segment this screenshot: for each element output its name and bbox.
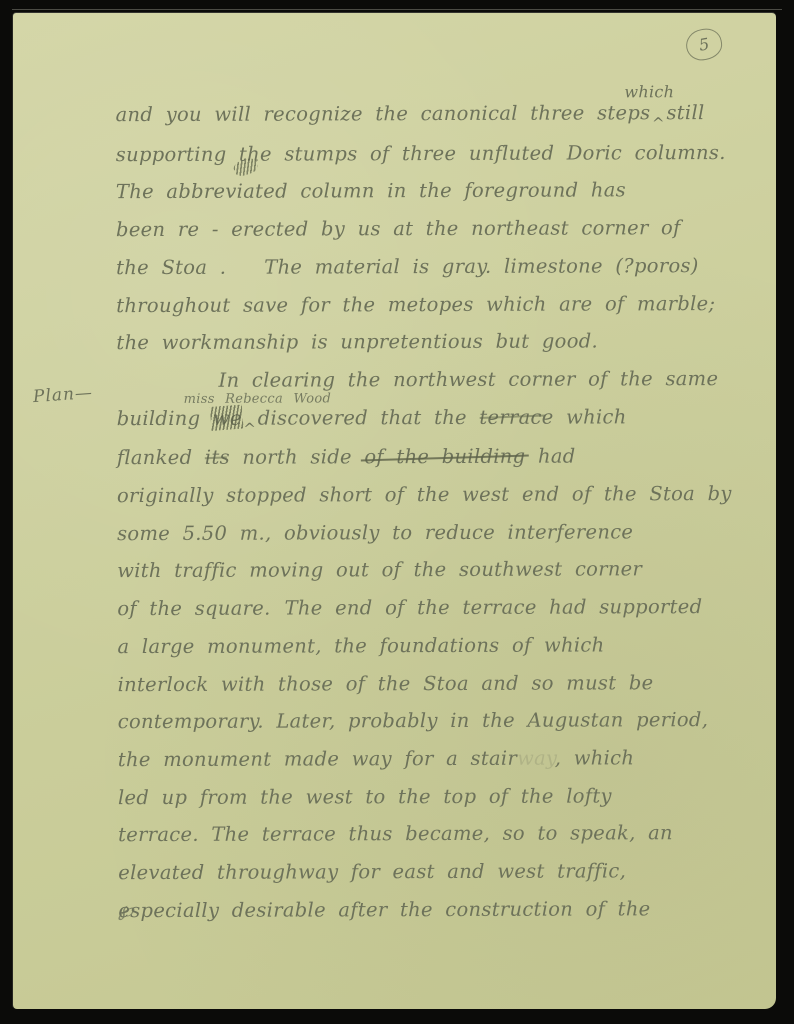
insertion-point: which^: [650, 94, 666, 134]
corrected-word: its: [205, 439, 230, 477]
text-segment: the monument made way for a stair: [118, 747, 517, 771]
line-19: led up from the west to the top of the l…: [118, 777, 767, 817]
line-14: of the square.The end of the terrace had…: [117, 588, 766, 628]
line-2: supporting the stumps of three unfluted …: [116, 134, 765, 174]
line-21: elevated throughway for east and west tr…: [118, 852, 767, 892]
text-segment: , which: [555, 746, 635, 769]
line-13: with traffic moving out of the southwest…: [117, 550, 766, 590]
text-segment: north side: [242, 446, 352, 469]
text-segment: the Stoa .: [116, 256, 226, 279]
line-11: originally stopped short of the west end…: [117, 475, 766, 515]
text-segment: of the square.: [117, 597, 270, 621]
page-number-circle: 5: [684, 26, 725, 63]
erased-word: way: [517, 747, 555, 770]
inserted-name: miss Rebecca Wood: [184, 380, 332, 418]
line-20: terrace. The terrace thus became, so to …: [118, 814, 767, 854]
text-segment: which: [566, 405, 627, 428]
line-7: the workmanship is unpretentious but goo…: [116, 322, 765, 362]
text-segment: flanked: [117, 446, 193, 469]
line-12: some 5.50 m., obviously to reduce interf…: [117, 513, 766, 553]
line-5: the Stoa .The material is gray. limeston…: [116, 247, 765, 287]
margin-note-plan: Plan—: [32, 383, 93, 407]
handwritten-text-block: and you will recognize the canonical thr…: [116, 94, 768, 930]
line-18: the monument made way for a stairway, wh…: [118, 739, 767, 779]
line-6: throughout save for the metopes which ar…: [116, 284, 765, 324]
insertion-point: miss Rebecca Wood^: [242, 399, 258, 439]
deleted-phrase: of the building: [364, 438, 525, 476]
text-segment: had: [538, 445, 576, 468]
corrected-word: terrace: [479, 398, 553, 436]
line-16: interlock with those of the Stoa and so …: [118, 663, 767, 703]
manuscript-page: 5 Plan— ℘ and you will recognize the can…: [13, 13, 776, 1009]
line-4: been re - erected by us at the northeast…: [116, 209, 765, 249]
text-segment: The end of the terrace had supported: [285, 595, 703, 619]
line-15: a large monument, the foundations of whi…: [117, 626, 766, 666]
text-segment-corrected: supporting: [116, 142, 227, 165]
text-segment: The material is gray. limestone (?poros): [264, 254, 699, 279]
line-17: contemporary. Later, probably in the Aug…: [118, 701, 767, 741]
text-segment: the stumps of three unfluted Doric colum…: [239, 141, 726, 166]
text-segment: and you will recognize the canonical thr…: [116, 101, 651, 126]
photo-backdrop: 5 Plan— ℘ and you will recognize the can…: [0, 0, 794, 1024]
inserted-word: which: [624, 73, 674, 111]
line-3: The abbreviated column in the foreground…: [116, 171, 765, 211]
line-10: flanked its north side of the building h…: [117, 437, 766, 477]
page-number: 5: [697, 34, 710, 54]
line-1: and you will recognize the canonical thr…: [116, 94, 765, 136]
line-9: building wemiss Rebecca Wood^discovered …: [117, 397, 766, 439]
line-22: especially desirable after the construct…: [118, 890, 767, 930]
